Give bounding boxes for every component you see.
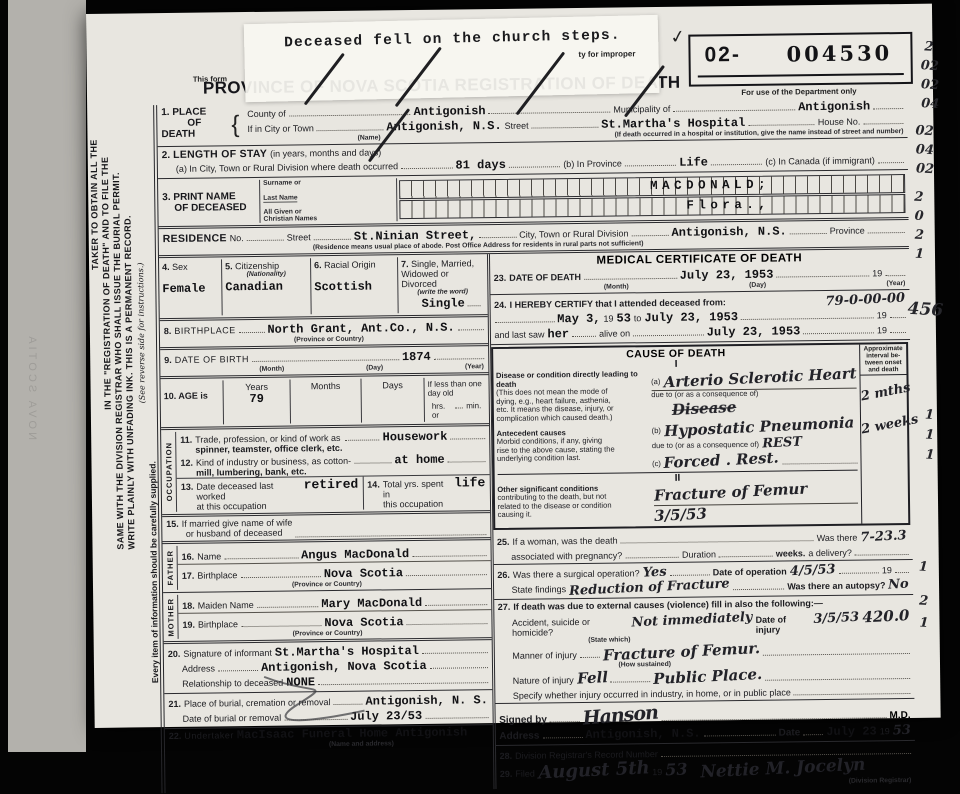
dotted-leader [509,156,560,168]
dotted-leader [295,524,486,537]
dotted-leader [719,545,773,557]
pen-flourish [254,671,375,732]
residence-province-label: Province [830,226,865,236]
dotted-leader [765,668,910,681]
birthplace-label: BIRTHPLACE [174,325,235,336]
mother-name-value: Mary MacDonald [321,596,422,611]
registration-number-box: 02- 004530 [688,32,913,87]
dotted-leader [794,683,911,695]
residence-street-label: Street [287,232,311,242]
s3-number: 3. [162,191,170,202]
dotted-leader [895,562,909,573]
dob-day-sublabel: (Day) [366,364,383,371]
s21-number: 21. [168,699,181,709]
pregnancy-label-2: associated with pregnancy? [511,550,622,561]
surname-value: MACDONALD; [650,178,770,193]
dotted-leader [425,594,487,606]
interval-b-handwriting: 2 weeks [860,414,908,437]
section-birthplace: 8. BIRTHPLACE North Grant, Ant.Co., N.S.… [160,317,488,350]
dotted-leader [241,615,322,627]
registration-form: 1. PLACE OF DEATH { County of Antigonish… [153,96,915,752]
margin-code: 04 [921,96,940,112]
dotted-leader [890,307,906,318]
municipality-label: Municipality of [613,104,670,115]
dotted-leader [620,530,813,543]
age-years-value: 79 [227,392,287,407]
signed-address-value: Antigonish, N.S. [585,726,700,741]
certify-from-value: May 3, [557,312,600,327]
antecedent-note-3: underlying condition last. [497,453,649,463]
dotted-leader [450,428,484,439]
dotted-leader [224,547,298,559]
dotted-leader [494,311,554,323]
sex-label: Sex [172,262,188,272]
c-label: (c) [652,460,661,469]
mother-birthplace-sublabel: (Province or Country) [293,630,363,638]
dotted-leader [239,322,265,333]
dotted-leader [257,596,319,608]
surname-sublabel-2: Last Name [263,194,297,202]
s24-number: 24. [494,300,507,310]
s2c-label: (c) In Canada (if immigrant) [765,155,875,166]
dotted-leader [868,222,905,233]
residence-city-value: Antigonish, N.S. [671,224,786,239]
due-to-label-2: due to (or as a consequence of) [652,440,759,450]
operation-date-handwriting: 4/5/53 [789,562,835,579]
margin-instruction-line1: TAKER TO OBTAIN ALL THE [88,110,100,270]
dotted-leader [855,544,909,556]
interval-a-handwriting: 2 mths [860,381,908,404]
certify-label: I HEREBY CERTIFY that I attended decease… [510,297,726,310]
birthplace-value: North Grant, Ant.Co., N.S. [267,321,454,337]
margin-see-reverse-note: (See reverse side for instructions.) [135,193,147,403]
s6-number: 6. [314,260,322,270]
age-hrs-label: hrs. or [432,402,453,420]
residence-division-label: City, Town or Rural Division [519,228,628,239]
margin-code: 2 [924,39,934,54]
given-sublabel-2: Christian Names [263,214,393,223]
other-note-3: causing it. [498,510,650,520]
manner-of-injury-label: Manner of injury [512,650,577,661]
dotted-leader [430,657,488,669]
age-label: AGE is [178,391,208,401]
s2b-label: (b) In Province [563,158,622,169]
dod-year-sublabel: (Year) [886,280,905,287]
father-side-label: FATHER [165,550,174,586]
dotted-leader [406,613,487,625]
dotted-leader [401,158,452,170]
s9-number: 9. [164,355,172,365]
disease-note-4: complication which caused death.) [496,413,648,423]
county-value: Antigonish [413,104,485,119]
dotted-leader [863,113,903,124]
s11-label-2: spinner, teamster, office clerk, etc. [195,443,342,455]
last-saw-label-2: alive on [599,328,630,338]
dotted-leader [425,707,488,719]
s12-number: 12. [180,458,193,468]
section-signed: Signed by Hanson M.D. Address Antigonish… [495,699,915,746]
signed-address-label: Address [499,730,539,741]
margin-code: 1 [919,616,929,631]
other-condition-handwriting: Fracture of Femur [653,479,807,504]
dotted-leader [572,326,596,337]
s3-title-1: PRINT NAME [173,191,235,203]
s2-title: LENGTH OF STAY [173,148,267,161]
s13-number: 13. [181,482,194,492]
citizenship-sublabel: (Nationality) [225,270,307,278]
dotted-leader [885,265,905,276]
s2a-label: (a) In City, Town or Rural Division wher… [176,161,398,174]
dotted-leader [631,225,668,236]
s12-label-2: mill, lumbering, bank, etc. [196,466,351,478]
s23-number: 23. [494,273,507,283]
margin-code: 02 [920,58,939,74]
typed-note: Deceased fell on the church steps. [284,28,621,52]
section-age: 10. AGE is Years 79 Months Days [160,375,488,430]
dob-year-sublabel: (Year) [465,363,484,370]
dotted-leader [289,104,411,116]
name-sublabel: (Name) [358,134,381,141]
pen-checkmark: ✓ [669,26,687,49]
margin-tick: 1 [925,427,935,442]
section-spouse: 15. If married give name of wife or husb… [162,513,490,544]
section-sex-citizenship: 4. Sex Female 5. Citizenship (Nationalit… [159,254,487,321]
s17-number: 17. [182,571,195,581]
was-there-label: Was there [817,532,858,542]
bleed-through-text: NOVA SCOTIA [26,120,38,440]
state-which-sublabel: (State which) [588,636,630,644]
dotted-leader [448,451,485,462]
nature-of-injury-label: Nature of injury [513,675,574,686]
dotted-leader [669,564,710,575]
s13-label-2: at this occupation [196,500,300,511]
dotted-leader [455,397,463,408]
medical-column: MEDICAL CERTIFICATE OF DEATH 23. DATE OF… [489,249,915,752]
dotted-leader [252,349,399,362]
film-scan-background: NOVA SCOTIA TAKER TO OBTAIN ALL THE IN T… [0,0,960,752]
given-name-value: Flora., [686,198,770,213]
dotted-leader [748,114,815,126]
occupation-side-label: OCCUPATION [164,442,174,501]
dotted-leader [703,724,775,736]
margin-code: 04 [915,142,934,158]
father-name-value: Angus MacDonald [301,547,409,562]
informant-value: St.Martha's Hospital [275,644,419,660]
dotted-leader [625,155,676,167]
section-mother: MOTHER 18. Maiden Name Mary MacDonald 19… [163,589,491,644]
dotted-leader [532,117,599,129]
dotted-leader [733,578,785,590]
marital-label-2: Widowed or Divorced [401,268,484,289]
s27-number: 27. [498,601,511,611]
dotted-leader [550,711,580,722]
s2b-value: Life [679,155,708,169]
dob-year-value: 1874 [402,350,431,364]
mother-birthplace-label: Birthplace [198,619,238,629]
dotted-leader [633,324,704,336]
father-birthplace-sublabel: (Province or Country) [292,581,362,589]
dotted-leader [803,322,874,334]
dod-month-sublabel: (Month) [604,283,629,290]
certify-to-value: July 23, 1953 [644,310,738,325]
s1-title-2: OF [161,117,227,129]
s2-paren: (in years, months and days) [270,147,381,158]
house-no-label: House No. [818,117,861,128]
father-birthplace-value: Nova Scotia [324,566,403,581]
age-min-label: min. [466,401,481,410]
undertaker-sublabel: (Name and address) [329,740,394,748]
scratched-word-handwriting: Disease [671,398,736,419]
brace: { [231,111,239,139]
pregnancy-label-1: If a woman, was the death [512,535,617,546]
s14-value: life [454,475,485,490]
dotted-leader [218,660,258,671]
marital-label-1: Single, Married, [411,258,474,269]
printed-19: 19 [880,726,890,736]
s3-title-2: OF DECEASED [174,201,257,213]
mother-birthplace-value: Nova Scotia [324,615,403,630]
sex-value: Female [162,281,218,296]
dotted-leader [673,99,795,111]
dotted-leader [803,724,823,735]
her-typed: her [547,327,569,341]
s26-number: 26. [497,569,510,579]
s20-number: 20. [168,649,181,659]
section-external-causes: 27. If death was due to external causes … [494,595,915,704]
s16-number: 16. [182,552,195,562]
s1-title-1: PLACE [172,107,206,118]
dotted-leader [661,707,886,721]
informant-label: Signature of informant [183,648,272,659]
date-of-death-label: DATE OF DEATH [509,272,581,283]
autopsy-label: Was there an autopsy? [787,580,885,591]
dotted-leader [434,348,484,360]
s25-number: 25. [497,536,510,546]
margin-code: 1 [915,247,925,262]
s2-number: 2. [162,150,170,161]
last-saw-label-1: and last saw [494,329,544,340]
to-word: to [634,313,642,323]
date-of-injury-handwriting: 3/5/53 [813,609,859,626]
accident-answer-handwriting: Not immediately [631,609,753,630]
a-label: (a) [651,378,660,387]
dotted-leader [468,295,480,306]
margin-code: 02 [916,161,935,177]
printed-19: 19 [877,310,887,320]
dotted-leader [661,743,911,752]
printed-19: 19 [603,314,613,324]
dod-day-sublabel: (Day) [749,282,766,289]
dotted-leader [790,223,827,234]
citizenship-label: Citizenship [235,261,279,272]
county-label: County of [247,109,286,119]
dotted-leader [488,102,610,114]
s1-title-3: DEATH [161,128,227,140]
dotted-leader [345,429,379,440]
father-birthplace-label: Birthplace [197,570,237,580]
dotted-leader [580,646,600,657]
signed-by-label: Signed by [499,714,547,726]
film-left-strip: NOVA SCOTIA [8,0,86,752]
surname-sublabel-1: Surname or [263,178,393,187]
margin-tick: 1 [925,407,935,422]
dotted-leader [479,227,516,238]
dotted-leader [838,562,879,573]
dotted-leader [610,671,650,682]
dotted-leader [763,643,910,656]
city-town-label: If in City or Town [247,123,313,134]
margin-code: 0 [914,209,924,224]
section-print-name: 3. PRINT NAME OF DECEASED Surname or Las… [158,170,909,229]
printed-19: 19 [877,325,887,335]
operation-question: Was there a surgical operation? [513,568,640,580]
dotted-leader [776,265,869,277]
md-label: M.D. [889,710,910,721]
a-delivery-label: a delivery? [808,547,852,558]
operation-date-label: Date of operation [713,566,787,577]
date-of-injury-label: Date of injury [756,614,811,635]
residence-street-value: St.Ninian Street, [354,228,477,243]
street-label: Street [505,121,529,131]
dotted-leader [458,319,484,330]
marital-value: Single [421,296,464,311]
s7-number: 7. [401,259,409,269]
dotted-leader [873,98,903,109]
age-days-label: Days [364,380,420,391]
s13-value: retired [304,477,359,493]
operation-answer-handwriting: Yes [642,564,666,580]
findings-label: State findings [512,584,567,595]
cause-c-handwriting: Forced . Rest. [663,448,779,471]
dotted-leader [422,642,488,654]
s13-label-1: Date deceased last worked [196,480,301,501]
s1-number: 1. [161,107,169,118]
section-father: FATHER 16. Name Angus MacDonald 17. [162,540,490,593]
signed-date-label: Date [779,727,801,738]
registration-number: 004530 [786,40,892,66]
autopsy-answer-handwriting: No [888,576,909,592]
margin-tick: 1 [925,447,935,462]
cause-of-death-box: CAUSE OF DEATH I Disease or condition di… [491,342,911,530]
margin-code: 2 [914,190,924,205]
margin-code-456: 456 [907,299,944,321]
s14-number: 14. [367,479,380,489]
dotted-leader [247,230,284,241]
s19-number: 19. [182,620,195,630]
s4-number: 4. [162,262,170,272]
accident-question: Accident, suicide or homicide? [512,616,629,637]
s8-number: 8. [164,326,172,336]
city-town-value: Antigonish, N.S. [386,119,501,134]
dotted-leader [711,154,762,166]
father-name-label: Name [197,551,221,561]
dotted-leader [240,566,321,578]
dob-month-sublabel: (Month) [259,366,284,373]
section-certify: 24. I HEREBY CERTIFY that I attended dec… [490,290,910,345]
s11-value: Housework [383,430,448,445]
printed-19: 19 [872,268,882,278]
duration-label: Duration [682,549,716,559]
section-operation: 26. Was there a surgical operation? Yes … [493,560,913,600]
s2a-value: 81 days [455,158,506,173]
number-box-rule [698,73,904,78]
other-condition-date-handwriting: 3/5/53 [653,504,707,524]
racial-origin-label: Racial Origin [324,259,376,270]
last-saw-value: July 23, 1953 [707,324,801,339]
dotted-leader [542,727,582,738]
margin-code: 2 [914,228,924,243]
informant-address-label: Address [182,663,215,673]
dotted-leader [625,546,679,558]
dob-label: DATE OF BIRTH [175,354,249,365]
interval-header-4: and death [860,366,906,374]
margin-code: 2 [919,594,929,609]
citizenship-value: Canadian [225,279,307,294]
s12-value: at home [394,453,445,468]
s14-label-2: this occupation [383,499,451,510]
municipality-value: Antigonish [798,99,870,114]
birthplace-sublabel: (Province or Country) [294,336,364,344]
residence-label: RESIDENCE [163,232,227,245]
weeks-label: weeks. [776,548,806,558]
interval-column: Approximate interval be- tween onset and… [859,344,908,523]
s11-number: 11. [180,435,192,445]
dotted-leader [314,229,351,240]
s22-number: 22. [169,731,182,741]
date-of-death-value: July 23, 1953 [680,268,774,283]
age-less-label: If less than one day old [427,379,485,398]
signed-year-handwriting: 53 [892,722,911,738]
certify-from-year: 53 [616,311,631,325]
record-number-label: Division Registrar's Record Number [515,749,658,752]
dotted-leader [878,152,904,163]
mother-name-label: Maiden Name [198,600,254,611]
dotted-leader [890,322,906,333]
residence-no-label: No. [230,233,244,243]
dotted-leader [406,564,487,576]
s14-label-1: Total yrs. spent in [383,479,452,500]
specify-injury-label: Specify whether injury occurred in indus… [513,687,791,700]
section-occupation: OCCUPATION 11. Trade, profession, or kin… [161,426,490,517]
mother-side-label: MOTHER [166,598,175,637]
nature-handwriting: Fell [576,668,608,687]
s10-number: 10. [164,391,177,401]
s15-number: 15. [166,519,179,529]
margin-code: 02 [921,77,940,93]
margin-code: 02 [915,123,934,139]
undertaker-label: Undertaker [184,730,234,741]
dotted-leader [782,452,858,464]
printed-19: 19 [882,565,892,575]
s18-number: 18. [182,601,195,611]
s15-label-2: or husband of deceased [186,528,283,539]
racial-origin-value: Scottish [314,279,394,294]
dotted-leader [741,307,874,320]
dotted-leader [412,545,486,557]
dotted-leader [584,268,677,280]
code-420-handwriting: 420.0 [862,606,910,626]
signed-date-value: July 23 [826,724,877,739]
section-date-of-birth: 9. DATE OF BIRTH 1874 (Month) (Day) (Yea… [160,346,488,379]
burial-place-value: Antigonish, N. S. [365,693,488,708]
printed-fragment: ty for improper [578,49,635,59]
s5-number: 5. [225,261,233,271]
delivery-answer-handwriting: 7-23.3 [860,528,907,545]
dotted-leader [317,119,384,131]
section-pregnancy: 25. If a woman, was the death Was there … [493,527,913,565]
death-certificate-paper: TAKER TO OBTAIN ALL THE IN THE "REGISTRA… [86,4,941,728]
b-label: (b) [652,427,661,436]
